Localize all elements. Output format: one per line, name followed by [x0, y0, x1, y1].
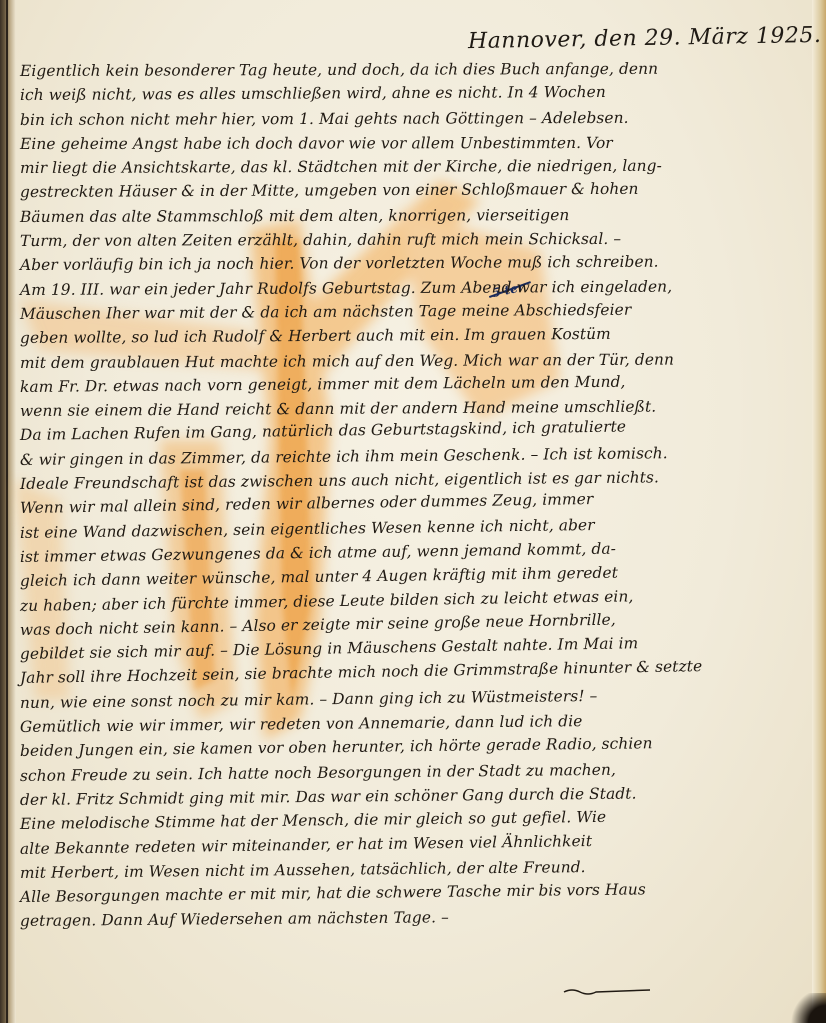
text-line: gestreckten Häuser & in der Mitte, umgeb… — [20, 179, 820, 207]
entry-date-header: Hannover, den 29. März 1925. — [468, 23, 822, 54]
text-line: Aber vorläufig bin ich ja noch hier. Von… — [20, 252, 820, 280]
binding-edge-line — [6, 0, 8, 1023]
text-line: Bäumen das alte Stammschloß mit dem alte… — [20, 205, 820, 232]
text-line: Eine geheime Angst habe ich doch davor w… — [20, 133, 820, 159]
text-line: ich weiß nicht, was es alles umschließen… — [20, 82, 820, 110]
page-corner-shadow — [786, 993, 826, 1023]
book-binding — [0, 0, 16, 1023]
text-line: getragen. Dann Auf Wiedersehen am nächst… — [20, 905, 820, 936]
diary-text-body: Eigentlich kein besonderer Tag heute, un… — [20, 62, 820, 937]
end-flourish-mark — [562, 986, 652, 996]
diary-page: Hannover, den 29. März 1925. 5 ter Eigen… — [0, 0, 826, 1023]
text-line: geben wollte, so lud ich Rudolf & Herber… — [20, 324, 820, 354]
text-line: bin ich schon nicht mehr hier, vom 1. Ma… — [20, 108, 820, 135]
